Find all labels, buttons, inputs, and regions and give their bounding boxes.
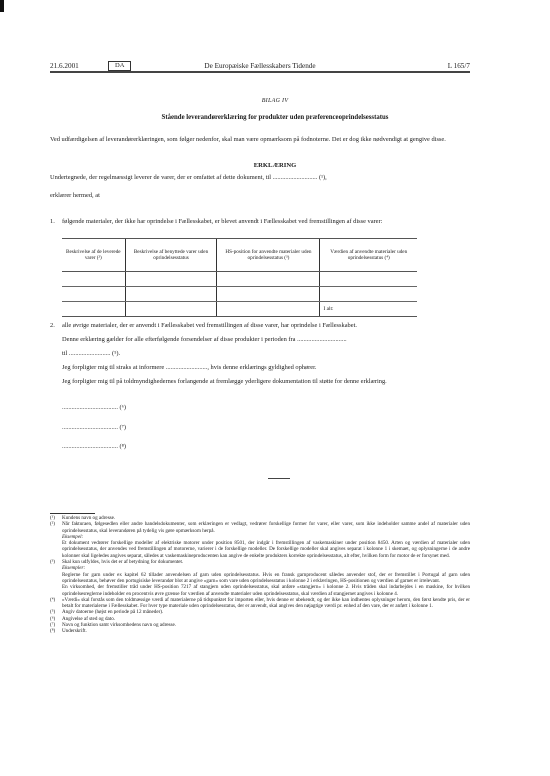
annex-label: BILAG IV <box>0 98 550 104</box>
footnote-example: En virksomhed, der fremstiller tråd unde… <box>62 584 470 597</box>
footnote-text: »Værdi« skal forstås som den toldmæssige… <box>62 597 470 609</box>
materials-table: Beskrivelse af de leverede varer (²) Bes… <box>62 238 417 317</box>
footnote-text: Angivelse af sted og dato. <box>62 616 115 622</box>
footnote-text: Når fakturaen, følgesedlen eller andre h… <box>62 521 470 534</box>
table-cell[interactable] <box>62 302 125 317</box>
name-function-line[interactable]: ................................... (⁷) <box>62 424 126 431</box>
column-header: Beskrivelse af de leverede varer (²) <box>62 239 125 272</box>
column-header: Beskrivelse af benyttede varer uden opri… <box>125 239 217 272</box>
item-1-number: 1. <box>50 218 55 225</box>
hereby-text: erklærer hermed, at <box>50 192 470 200</box>
validity-period-text: Denne erklæring gælder for alle efterføl… <box>62 336 470 344</box>
footnote-mark: (³) <box>50 559 55 565</box>
scan-edge-mark <box>0 0 4 12</box>
validity-until-text: til .......................... (⁵). <box>62 350 470 358</box>
item-2-number: 2. <box>50 322 55 329</box>
table-cell[interactable] <box>62 272 125 287</box>
table-cell[interactable] <box>62 287 125 302</box>
table-cell[interactable] <box>125 287 217 302</box>
footnote-example: Et dokument vedrører forskellige modelle… <box>62 540 470 559</box>
page-number: L 165/7 <box>448 62 470 70</box>
footnote-divider <box>50 513 95 514</box>
column-header: Værdien af anvendte materialer uden opri… <box>320 239 417 272</box>
end-divider <box>268 478 290 479</box>
table-cell[interactable] <box>217 287 320 302</box>
table-cell[interactable] <box>320 287 417 302</box>
undersigned-paragraph: Undertegnede, der regelmæssigt leverer d… <box>50 174 470 182</box>
footnote: (²) Når fakturaen, følgesedlen eller and… <box>50 521 470 559</box>
footnote-example: Reglerne for garn under ex kapitel 62 ti… <box>62 572 470 585</box>
inform-obligation-text: Jeg forpligter mig til straks at informe… <box>62 364 470 372</box>
place-date-line[interactable]: ................................... (⁶) <box>62 404 126 411</box>
footnote-text: Underskrift. <box>62 628 87 634</box>
table-cell[interactable] <box>125 302 217 317</box>
footnote-mark: (²) <box>50 521 55 527</box>
journal-title: De Europæiske Fællesskabers Tidende <box>50 62 470 70</box>
footnote: (⁸) Underskrift. <box>50 628 470 634</box>
footnote: (⁴) »Værdi« skal forstås som den toldmæs… <box>50 597 470 610</box>
document-title: Stående leverandørerklæring for produkte… <box>0 114 550 121</box>
item-2-text: alle øvrige materialer, der er anvendt i… <box>62 322 470 330</box>
table-cell[interactable] <box>217 302 320 317</box>
footnote: (³) Skal kun udfyldes, hvis det er af be… <box>50 559 470 597</box>
total-cell[interactable]: I alt: <box>320 302 417 317</box>
footnotes: (¹) Kundens navn og adresse. (²) Når fak… <box>50 515 470 635</box>
table-cell[interactable] <box>320 272 417 287</box>
signature-line[interactable]: ................................... (⁸) <box>62 443 126 450</box>
table-cell[interactable] <box>125 272 217 287</box>
item-1-text: følgende materialer, der ikke har oprind… <box>62 218 470 226</box>
table-row <box>62 287 417 302</box>
table-header-row: Beskrivelse af de leverede varer (²) Bes… <box>62 239 417 272</box>
table-row <box>62 272 417 287</box>
table-cell[interactable] <box>217 272 320 287</box>
column-header: HS-position for anvendte materialer uden… <box>217 239 320 272</box>
documentation-obligation-text: Jeg forpligter mig til på toldmyndighede… <box>62 378 470 386</box>
footnote-mark: (⁸) <box>50 628 55 634</box>
intro-paragraph: Ved udfærdigelsen af leverandørerklæring… <box>50 136 470 144</box>
footnote-text: Angiv datoerne (højst en periode på 12 m… <box>62 609 163 615</box>
declaration-heading: ERKLÆRING <box>0 162 550 169</box>
header-divider <box>50 71 470 73</box>
table-row-total: I alt: <box>62 302 417 317</box>
footnote-mark: (⁴) <box>50 597 55 603</box>
